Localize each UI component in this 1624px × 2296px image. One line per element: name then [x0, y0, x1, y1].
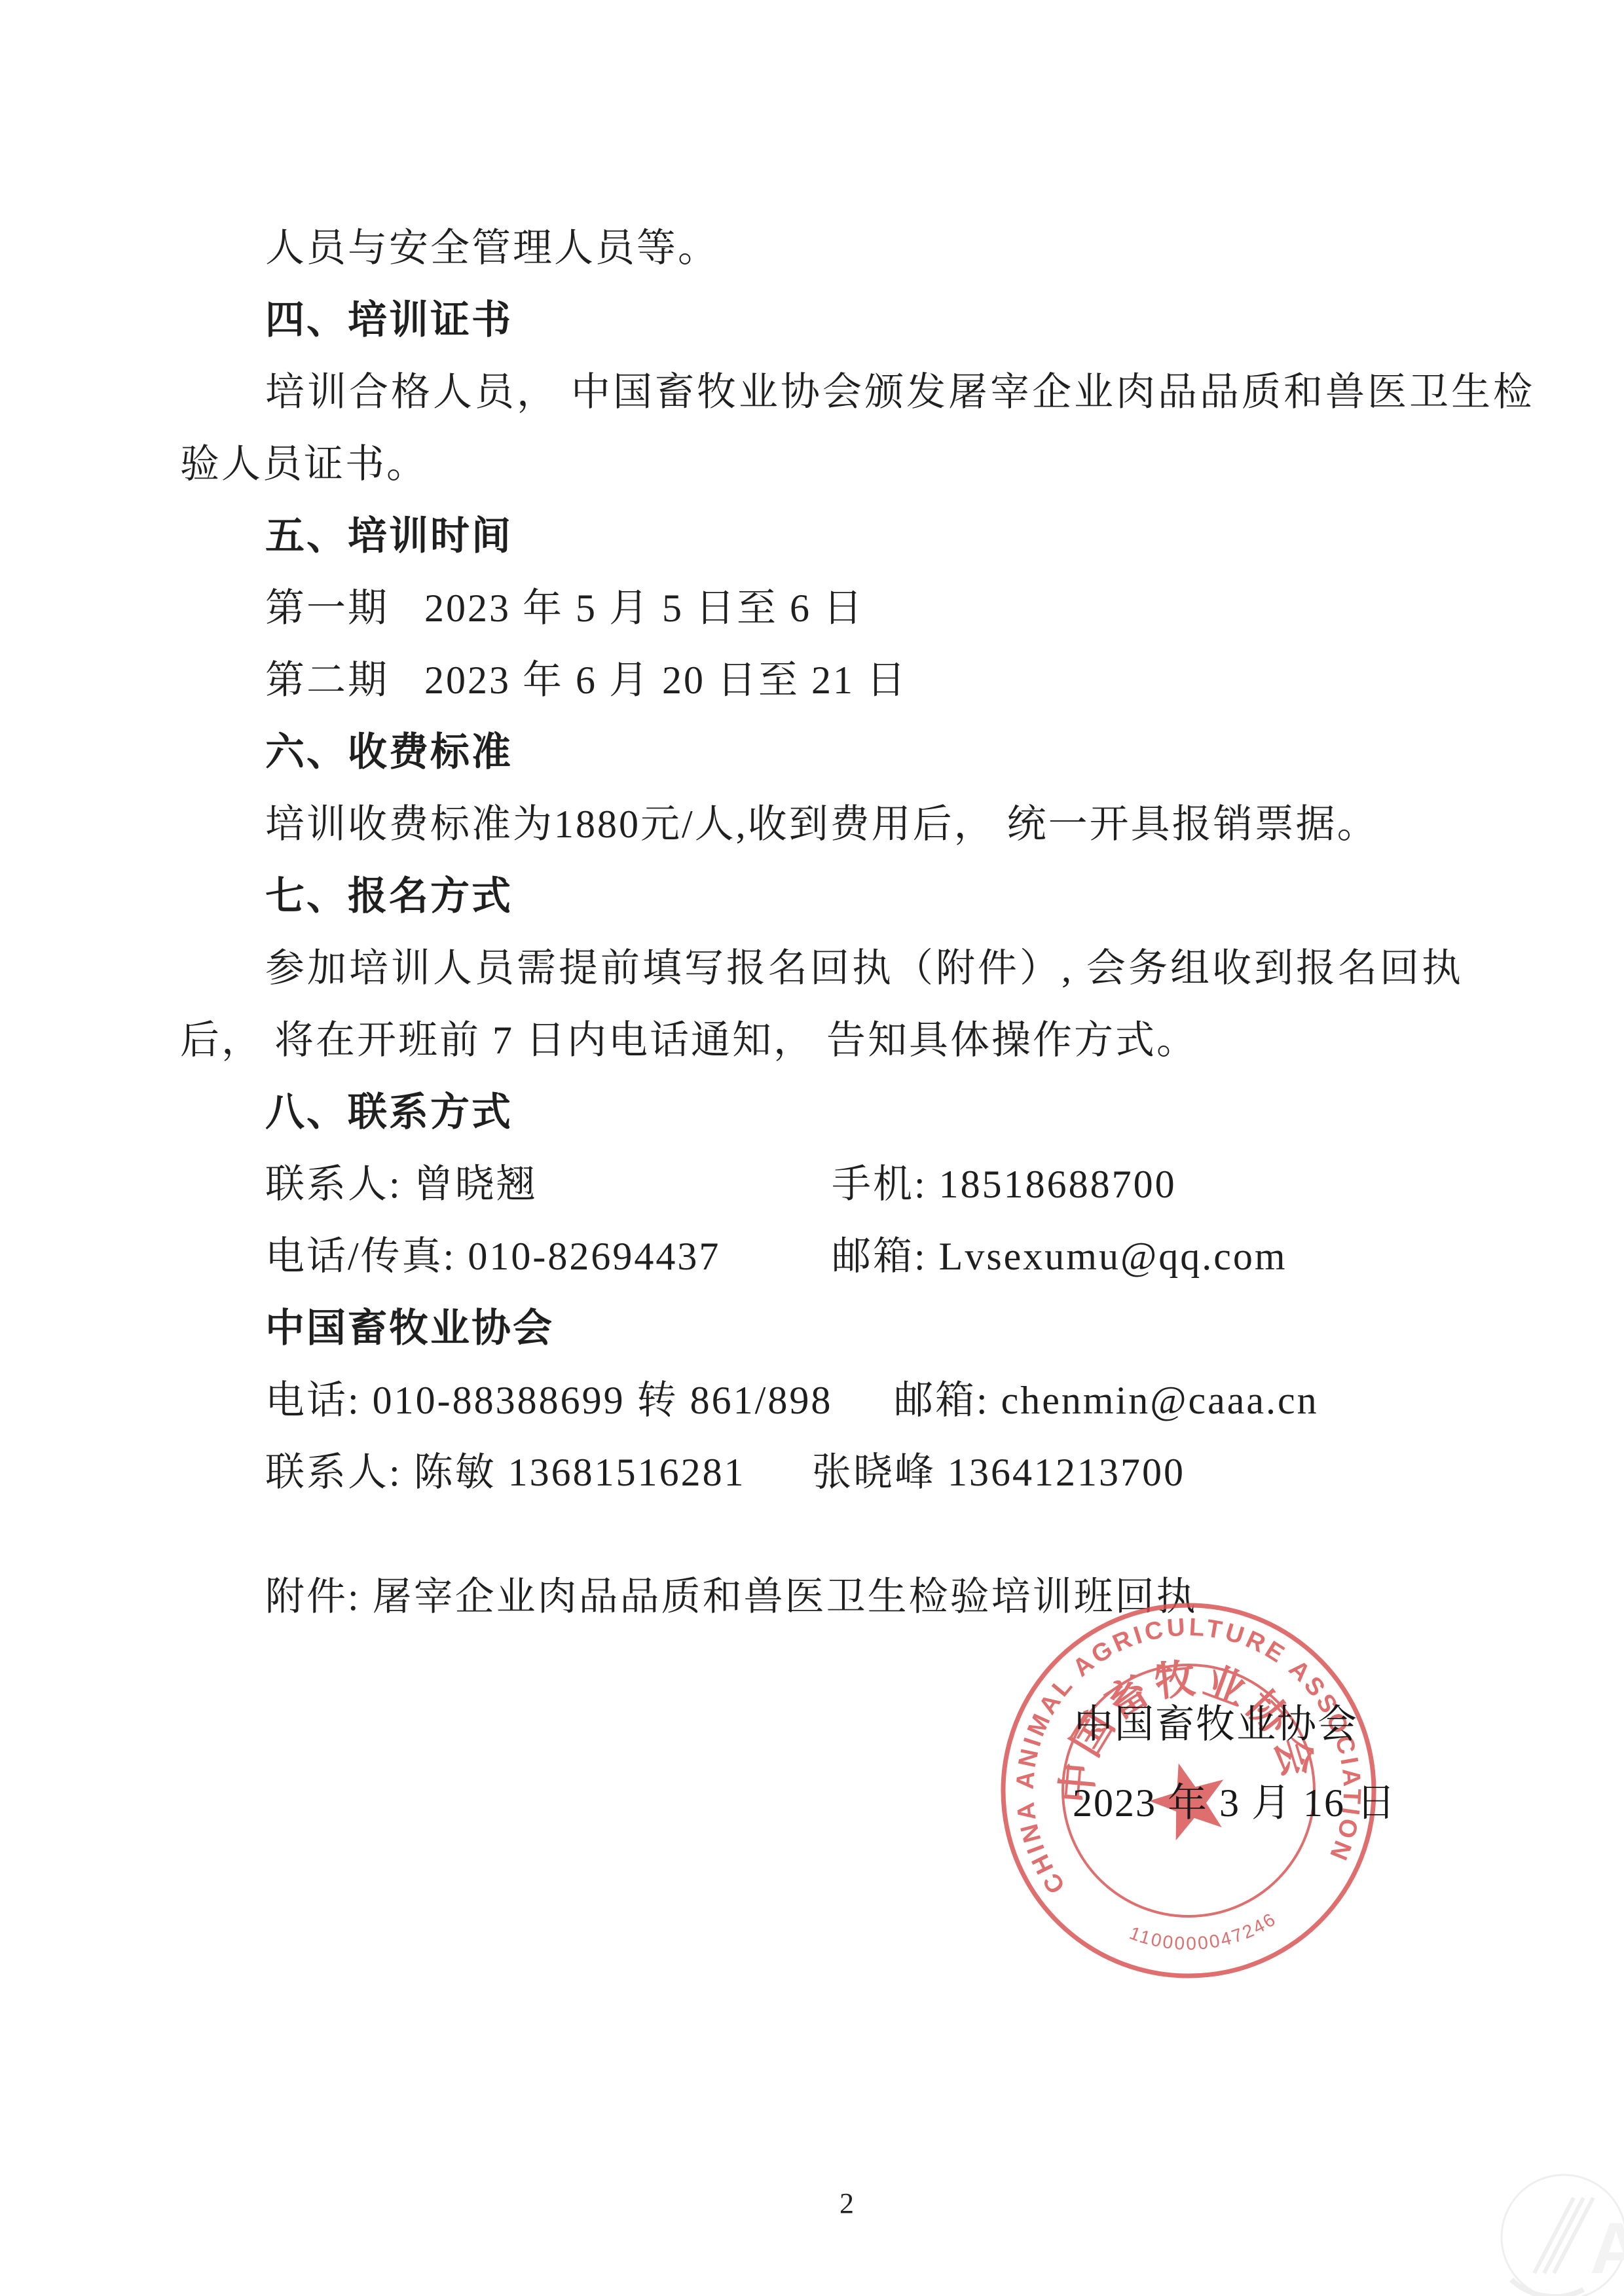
section4-line1: 培训合格人员， 中国畜牧业协会颁发屠宰企业肉品品质和兽医卫生检 [265, 370, 1535, 414]
section5-period2: 第二期 2023 年 6 月 20 日至 21 日 [265, 658, 908, 702]
association-email: 邮箱: chenmin@caaa.cn [894, 1378, 1319, 1423]
section4-line2: 验人员证书。 [180, 442, 428, 486]
seal-english-arc-text: CHINA ANIMAL AGRICULTURE ASSOCIATION [994, 1596, 1375, 1901]
watermark-letter: A [1590, 2208, 1624, 2289]
contact-email: 邮箱: Lvsexumu@qq.com [832, 1234, 1287, 1279]
section4-heading: 四、培训证书 [265, 298, 513, 342]
paragraph-continuation: 人员与安全管理人员等。 [265, 226, 719, 270]
section6-line1: 培训收费标准为1880元/人,收到费用后， 统一开具报销票据。 [265, 802, 1378, 847]
section8-heading: 八、联系方式 [265, 1090, 513, 1135]
watermark-logo: A [1485, 2168, 1624, 2296]
section7-line2: 后， 将在开班前 7 日内电话通知， 告知具体操作方式。 [180, 1018, 1198, 1063]
signature-date: 2023 年 3 月 16 日 [1073, 1781, 1397, 1825]
association-phone: 电话: 010-88388699 转 861/898 [265, 1378, 832, 1423]
section5-heading: 五、培训时间 [265, 514, 513, 558]
section7-line1: 参加培训人员需提前填写报名回执（附件）, 会务组收到报名回执 [265, 946, 1464, 991]
association-contact-2: 张晓峰 13641213700 [812, 1450, 1185, 1495]
contact-mobile: 手机: 18518688700 [832, 1162, 1177, 1207]
association-name: 中国畜牧业协会 [265, 1306, 554, 1351]
signature-org: 中国畜牧业协会 [1074, 1702, 1358, 1747]
section7-heading: 七、报名方式 [265, 874, 513, 919]
section5-period1: 第一期 2023 年 5 月 5 日至 6 日 [265, 586, 864, 630]
contact-phone-fax: 电话/传真: 010-82694437 [265, 1234, 720, 1279]
association-contact-1: 联系人: 陈敏 13681516281 [265, 1450, 746, 1495]
section6-heading: 六、收费标准 [265, 730, 513, 774]
document-page: 人员与安全管理人员等。 四、培训证书 培训合格人员， 中国畜牧业协会颁发屠宰企业… [0, 0, 1624, 2296]
page-number: 2 [824, 2187, 870, 2220]
contact-person-label: 联系人: 曾晓翘 [265, 1162, 538, 1207]
